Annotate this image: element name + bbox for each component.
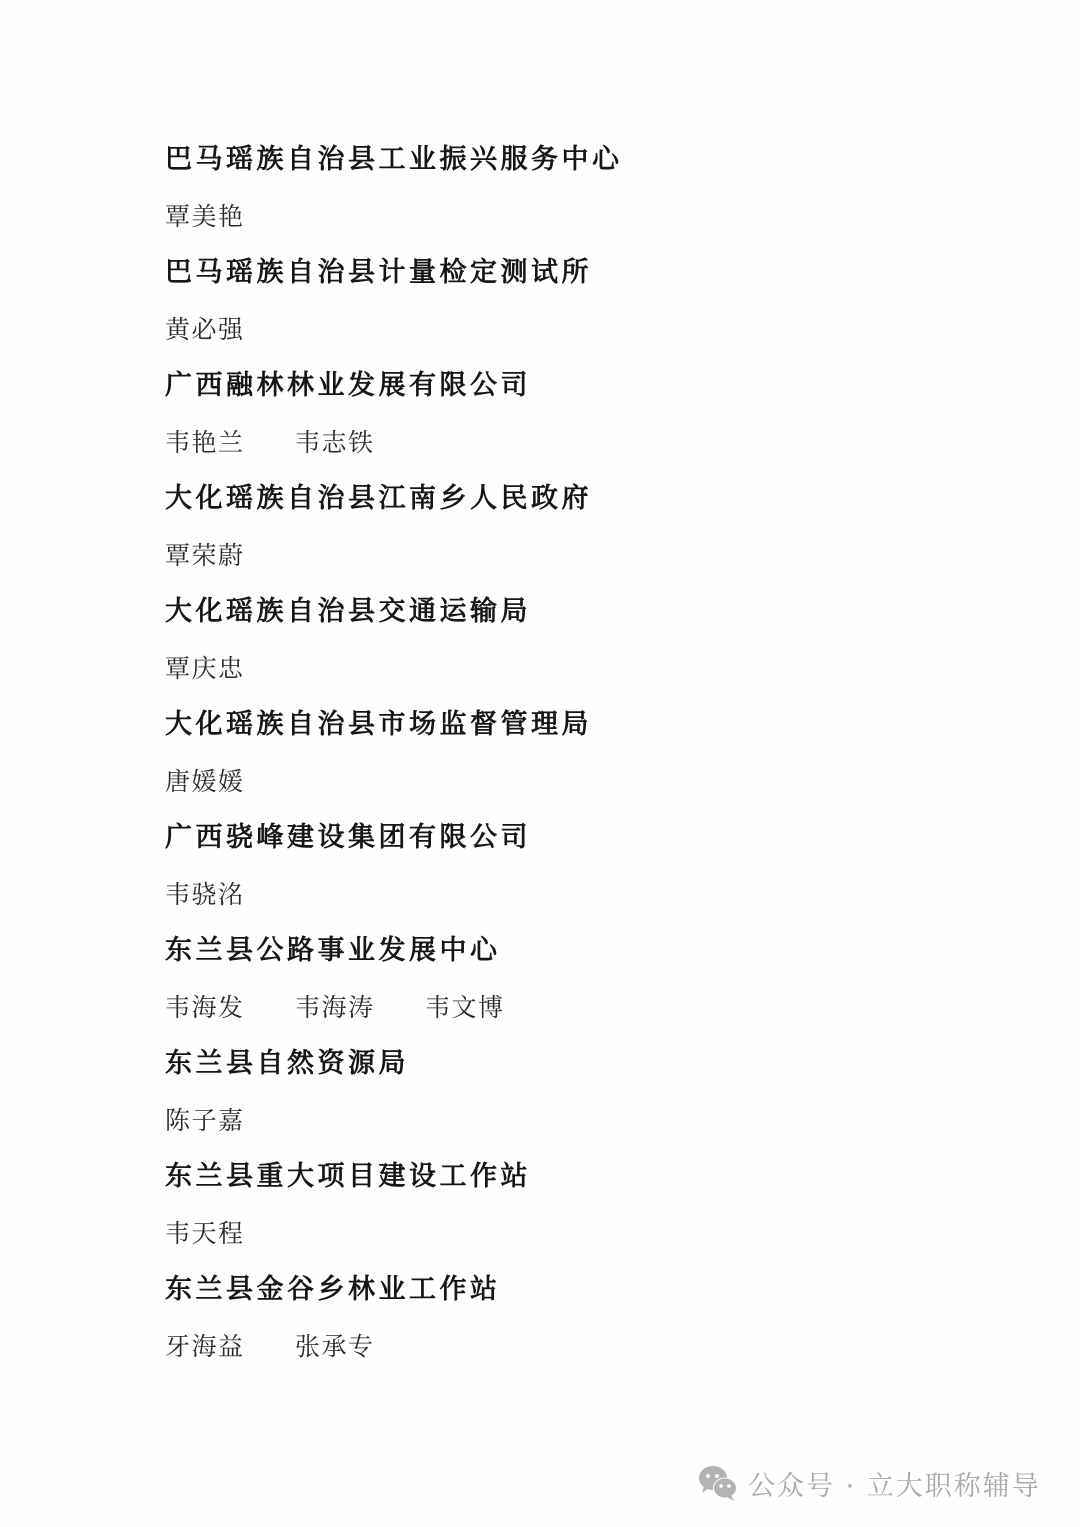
organization-heading: 东兰县自然资源局 [165, 1042, 925, 1099]
person-name: 韦艳兰 [165, 421, 295, 478]
person-name: 黄必强 [165, 308, 295, 365]
wechat-watermark: 公众号 · 立大职称辅导 [698, 1460, 1041, 1506]
name-row: 黄必强 [165, 308, 925, 365]
name-row: 覃荣蔚 [165, 534, 925, 591]
name-row: 覃庆忠 [165, 647, 925, 704]
person-name: 韦志铁 [295, 421, 425, 478]
entry: 巴马瑶族自治县工业振兴服务中心 覃美艳 [165, 138, 925, 251]
person-name: 韦文博 [425, 986, 555, 1043]
entry: 大化瑶族自治县市场监督管理局 唐媛媛 [165, 703, 925, 816]
name-row: 牙海益 张承专 [165, 1325, 925, 1382]
person-name: 韦海涛 [295, 986, 425, 1043]
entry: 东兰县金谷乡林业工作站 牙海益 张承专 [165, 1268, 925, 1381]
entry: 东兰县重大项目建设工作站 韦天程 [165, 1155, 925, 1268]
organization-heading: 广西骁峰建设集团有限公司 [165, 816, 925, 873]
name-row: 唐媛媛 [165, 760, 925, 817]
entry: 东兰县自然资源局 陈子嘉 [165, 1042, 925, 1155]
organization-heading: 广西融林林业发展有限公司 [165, 364, 925, 421]
name-row: 韦天程 [165, 1212, 925, 1269]
name-row: 韦艳兰 韦志铁 [165, 421, 925, 478]
person-name: 韦骁洺 [165, 873, 295, 930]
organization-heading: 巴马瑶族自治县工业振兴服务中心 [165, 138, 925, 195]
person-name: 覃美艳 [165, 195, 295, 252]
organization-heading: 东兰县重大项目建设工作站 [165, 1155, 925, 1212]
organization-heading: 大化瑶族自治县江南乡人民政府 [165, 477, 925, 534]
name-row: 陈子嘉 [165, 1099, 925, 1156]
entry: 巴马瑶族自治县计量检定测试所 黄必强 [165, 251, 925, 364]
person-name: 陈子嘉 [165, 1099, 295, 1156]
person-name: 唐媛媛 [165, 760, 295, 817]
entry: 东兰县公路事业发展中心 韦海发 韦海涛 韦文博 [165, 929, 925, 1042]
name-row: 韦海发 韦海涛 韦文博 [165, 986, 925, 1043]
organization-heading: 巴马瑶族自治县计量检定测试所 [165, 251, 925, 308]
person-name: 覃荣蔚 [165, 534, 295, 591]
entry: 大化瑶族自治县交通运输局 覃庆忠 [165, 590, 925, 703]
person-name: 韦天程 [165, 1212, 295, 1269]
watermark-text: 公众号 · 立大职称辅导 [748, 1464, 1041, 1503]
person-name: 张承专 [295, 1325, 425, 1382]
organization-name-list: 巴马瑶族自治县工业振兴服务中心 覃美艳 巴马瑶族自治县计量检定测试所 黄必强 广… [165, 138, 925, 1381]
document-page: 巴马瑶族自治县工业振兴服务中心 覃美艳 巴马瑶族自治县计量检定测试所 黄必强 广… [0, 0, 1080, 1527]
name-row: 韦骁洺 [165, 873, 925, 930]
person-name: 牙海益 [165, 1325, 295, 1382]
person-name: 覃庆忠 [165, 647, 295, 704]
organization-heading: 大化瑶族自治县交通运输局 [165, 590, 925, 647]
name-row: 覃美艳 [165, 195, 925, 252]
person-name: 韦海发 [165, 986, 295, 1043]
entry: 广西融林林业发展有限公司 韦艳兰 韦志铁 [165, 364, 925, 477]
entry: 大化瑶族自治县江南乡人民政府 覃荣蔚 [165, 477, 925, 590]
organization-heading: 东兰县公路事业发展中心 [165, 929, 925, 986]
organization-heading: 大化瑶族自治县市场监督管理局 [165, 703, 925, 760]
organization-heading: 东兰县金谷乡林业工作站 [165, 1268, 925, 1325]
wechat-icon [698, 1464, 738, 1502]
entry: 广西骁峰建设集团有限公司 韦骁洺 [165, 816, 925, 929]
